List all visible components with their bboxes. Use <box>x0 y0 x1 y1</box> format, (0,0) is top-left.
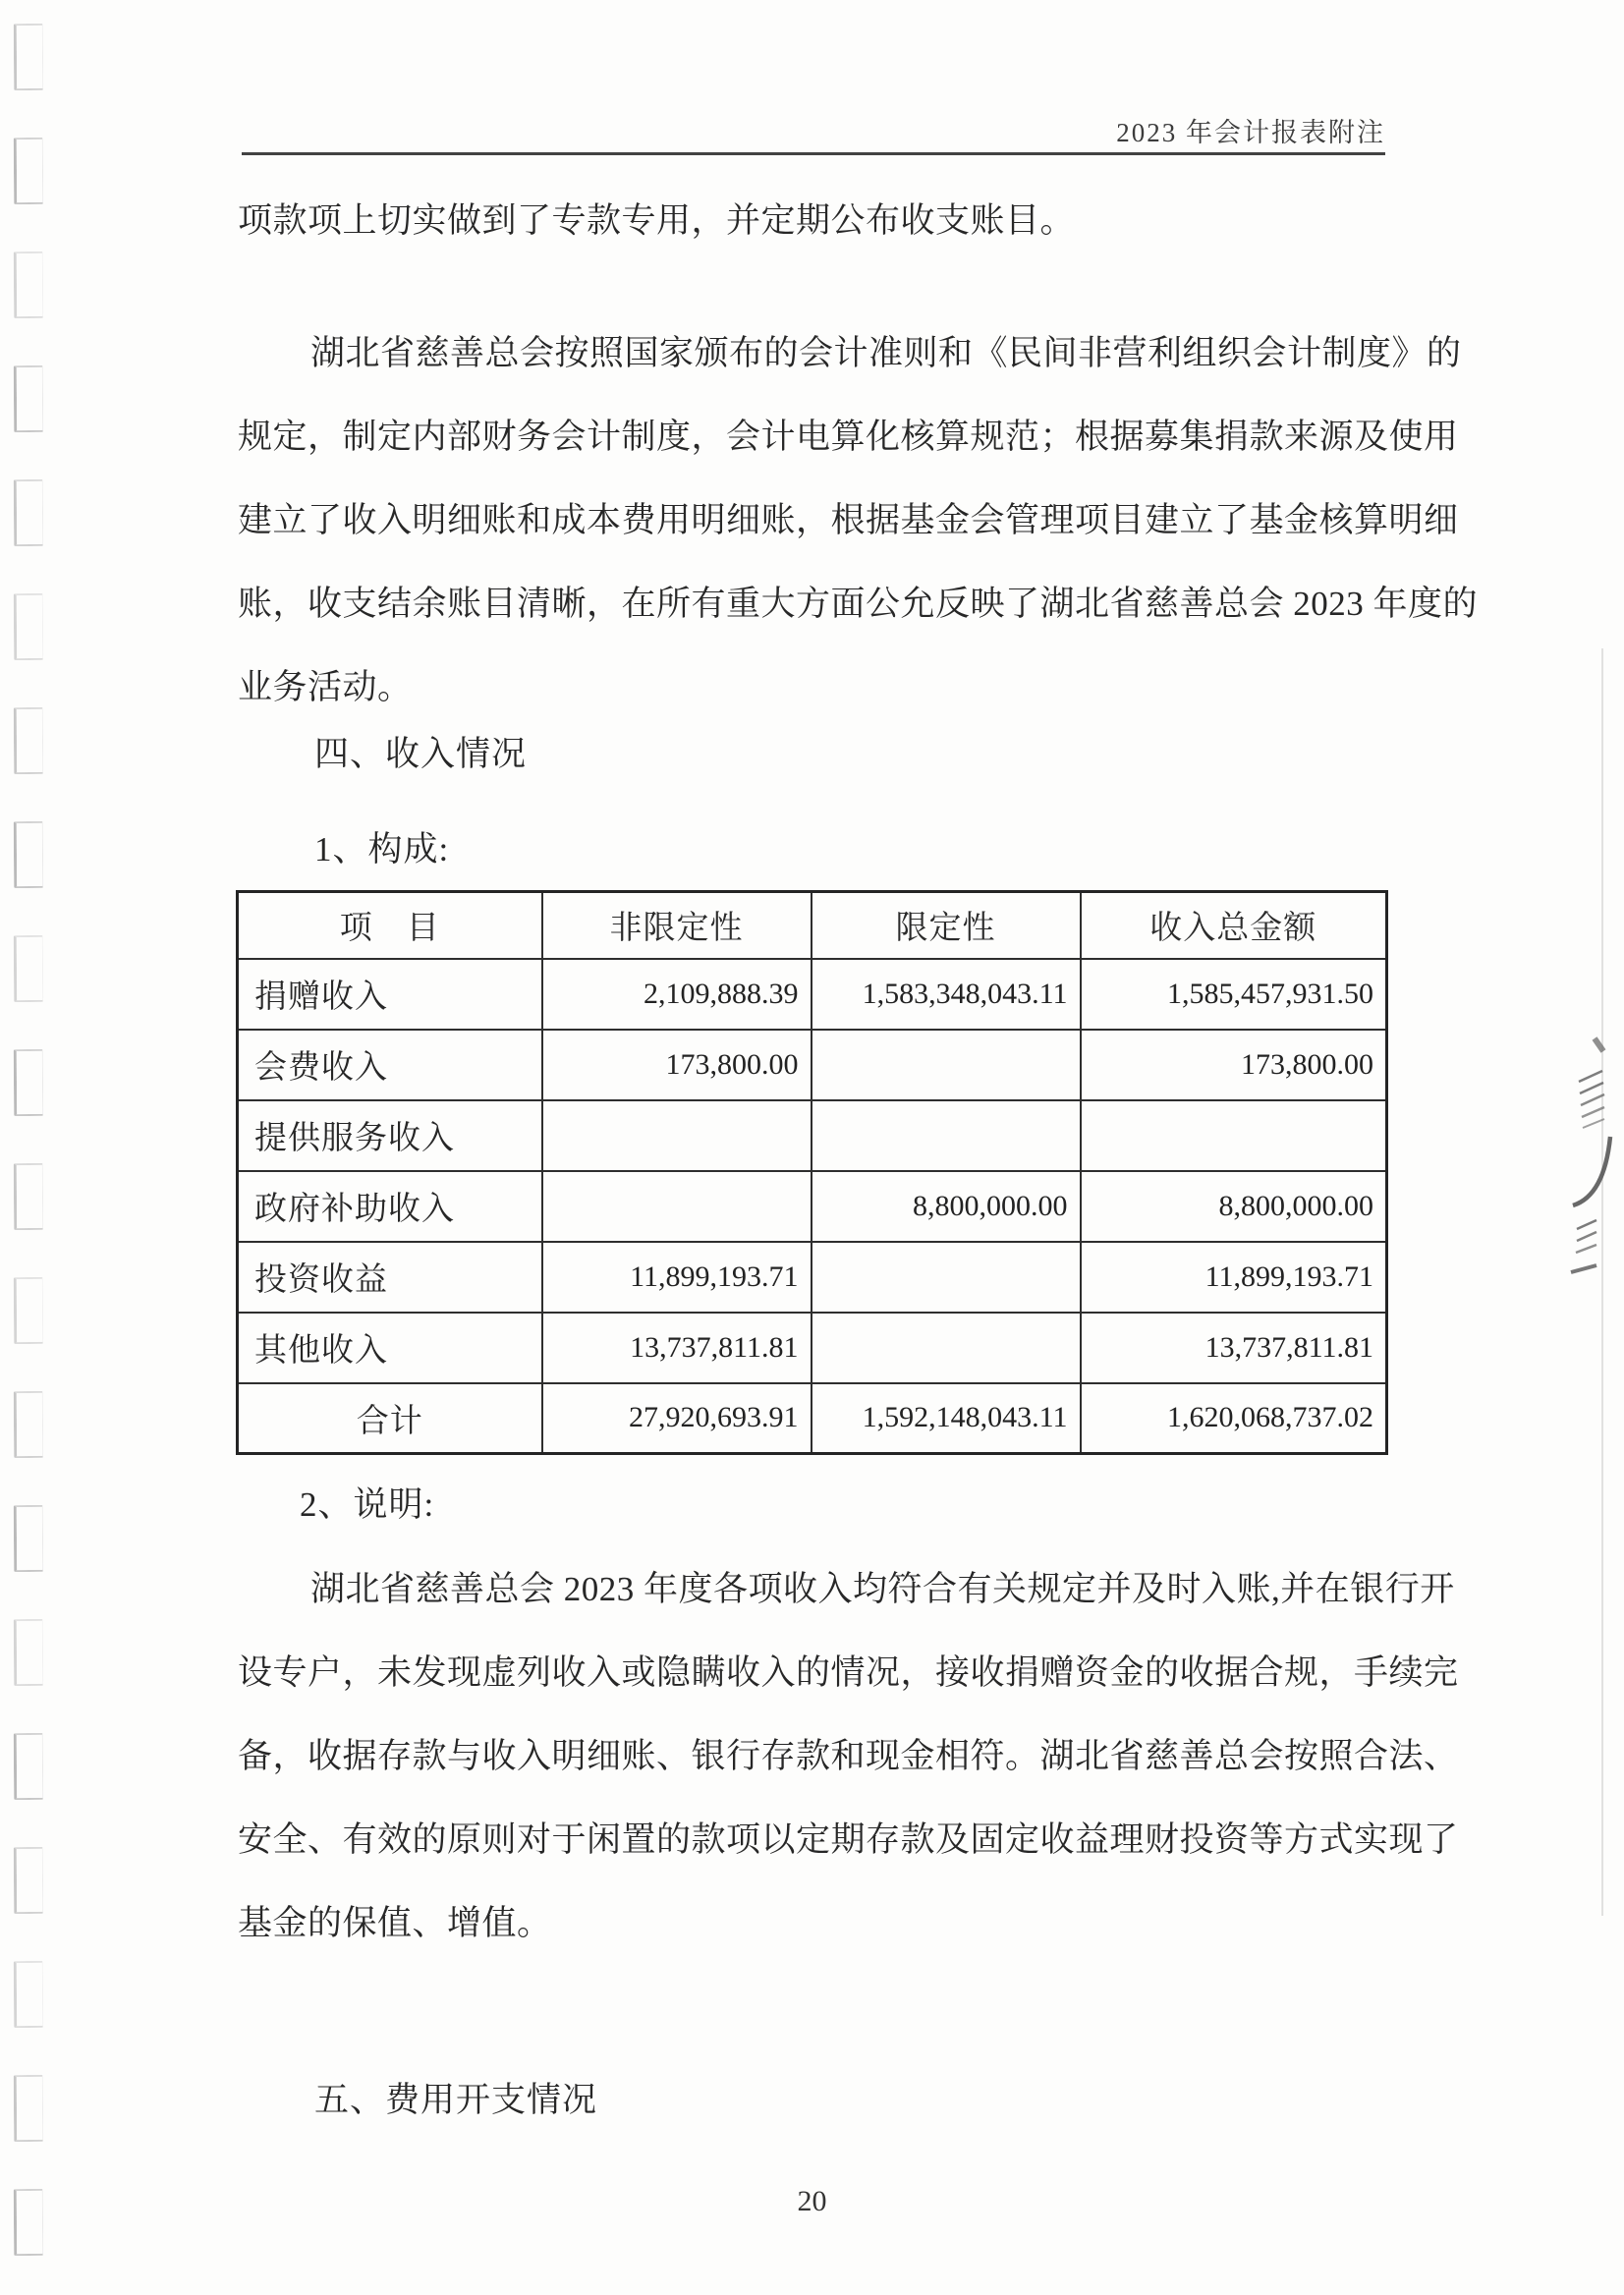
scan-edge-mark <box>14 1391 43 1458</box>
cell-restricted: 1,583,348,043.11 <box>812 959 1081 1030</box>
cell-restricted <box>812 1313 1081 1383</box>
page-number: 20 <box>0 2185 1624 2218</box>
subheading-composition: 1、构成: <box>314 828 449 871</box>
scan-edge-mark <box>14 935 43 1002</box>
table-header-row: 项 目 非限定性 限定性 收入总金额 <box>238 892 1387 959</box>
cell-unrestricted: 173,800.00 <box>542 1030 812 1100</box>
scan-edge-mark <box>14 1733 43 1800</box>
cell-unrestricted: 27,920,693.91 <box>542 1383 812 1454</box>
cell-restricted <box>812 1242 1081 1313</box>
scan-edge-mark <box>14 1505 43 1572</box>
table-row: 其他收入 13,737,811.81 13,737,811.81 <box>238 1313 1387 1383</box>
section-heading-income: 四、收入情况 <box>314 733 527 776</box>
col-header-unrestricted: 非限定性 <box>542 892 812 959</box>
scan-edge-mark <box>14 1847 43 1914</box>
cell-total: 8,800,000.00 <box>1081 1171 1387 1242</box>
scan-edge-mark <box>14 707 43 774</box>
paragraph-line: 项款项上切实做到了专款专用，并定期公布收支账目。 <box>238 199 1407 243</box>
paragraph-line: 湖北省慈善总会 2023 年度各项收入均符合有关规定并及时入账,并在银行开 <box>238 1568 1480 1611</box>
cell-total <box>1081 1100 1387 1171</box>
subheading-explanation: 2、说明: <box>300 1483 434 1527</box>
cell-restricted <box>812 1030 1081 1100</box>
scan-edge-mark <box>14 1049 43 1116</box>
scan-edge-mark <box>14 1163 43 1230</box>
cell-restricted: 8,800,000.00 <box>812 1171 1081 1242</box>
scan-edge-mark <box>14 479 43 546</box>
scan-edge-mark <box>14 1619 43 1686</box>
scan-edge-mark <box>14 1277 43 1344</box>
scan-edge-mark <box>14 365 43 432</box>
cell-item: 合计 <box>238 1383 542 1454</box>
paragraph-line: 建立了收入明细账和成本费用明细账，根据基金会管理项目建立了基金核算明细 <box>238 499 1407 542</box>
cell-restricted: 1,592,148,043.11 <box>812 1383 1081 1454</box>
table-row: 会费收入 173,800.00 173,800.00 <box>238 1030 1387 1100</box>
col-header-restricted: 限定性 <box>812 892 1081 959</box>
paragraph-line: 规定，制定内部财务会计制度，会计电算化核算规范；根据募集捐款来源及使用 <box>238 416 1407 459</box>
scan-edge-mark <box>14 138 43 204</box>
cell-total: 1,585,457,931.50 <box>1081 959 1387 1030</box>
table-row: 捐赠收入 2,109,888.39 1,583,348,043.11 1,585… <box>238 959 1387 1030</box>
paragraph-line: 账，收支结余账目清晰，在所有重大方面公允反映了湖北省慈善总会 2023 年度的 <box>238 583 1407 626</box>
cell-total: 11,899,193.71 <box>1081 1242 1387 1313</box>
cell-item: 投资收益 <box>238 1242 542 1313</box>
cell-total: 173,800.00 <box>1081 1030 1387 1100</box>
cell-unrestricted: 2,109,888.39 <box>542 959 812 1030</box>
left-edge-scan-marks <box>14 24 47 2295</box>
cell-unrestricted: 11,899,193.71 <box>542 1242 812 1313</box>
table-total-row: 合计 27,920,693.91 1,592,148,043.11 1,620,… <box>238 1383 1387 1454</box>
cell-unrestricted: 13,737,811.81 <box>542 1313 812 1383</box>
table-row: 投资收益 11,899,193.71 11,899,193.71 <box>238 1242 1387 1313</box>
scan-edge-mark <box>14 593 43 660</box>
cell-item: 其他收入 <box>238 1313 542 1383</box>
col-header-item: 项 目 <box>238 892 542 959</box>
cell-total: 1,620,068,737.02 <box>1081 1383 1387 1454</box>
cell-item: 提供服务收入 <box>238 1100 542 1171</box>
cell-item: 会费收入 <box>238 1030 542 1100</box>
cell-unrestricted <box>542 1171 812 1242</box>
header-title: 2023 年会计报表附注 <box>1116 115 1385 150</box>
cell-restricted <box>812 1100 1081 1171</box>
table-row: 政府补助收入 8,800,000.00 8,800,000.00 <box>238 1171 1387 1242</box>
paragraph-line: 湖北省慈善总会按照国家颁布的会计准则和《民间非营利组织会计制度》的 <box>238 332 1480 375</box>
paragraph-line: 基金的保值、增值。 <box>238 1902 1407 1945</box>
scan-edge-mark <box>14 24 43 90</box>
scan-edge-mark <box>14 1961 43 2028</box>
income-table: 项 目 非限定性 限定性 收入总金额 捐赠收入 2,109,888.39 1,5… <box>236 890 1388 1455</box>
cell-total: 13,737,811.81 <box>1081 1313 1387 1383</box>
col-header-total: 收入总金额 <box>1081 892 1387 959</box>
document-page: 2023 年会计报表附注 项款项上切实做到了专款专用，并定期公布收支账目。 湖北… <box>0 0 1624 2295</box>
scan-edge-mark <box>14 821 43 888</box>
header-rule <box>242 152 1385 155</box>
cell-item: 捐赠收入 <box>238 959 542 1030</box>
paragraph-line: 备，收据存款与收入明细账、银行存款和现金相符。湖北省慈善总会按照合法、 <box>238 1735 1407 1778</box>
section-heading-expense: 五、费用开支情况 <box>314 2079 597 2122</box>
paragraph-line: 业务活动。 <box>238 666 1407 709</box>
paragraph-line: 安全、有效的原则对于闲置的款项以定期存款及固定收益理财投资等方式实现了 <box>238 1819 1407 1862</box>
table-row: 提供服务收入 <box>238 1100 1387 1171</box>
scan-edge-mark <box>14 252 43 318</box>
scan-edge-mark <box>14 2075 43 2142</box>
cell-unrestricted <box>542 1100 812 1171</box>
paragraph-line: 设专户，未发现虚列收入或隐瞒收入的情况，接收捐赠资金的收据合规，手续完 <box>238 1651 1407 1695</box>
scan-smudge-artifact <box>1565 1027 1618 1286</box>
cell-item: 政府补助收入 <box>238 1171 542 1242</box>
